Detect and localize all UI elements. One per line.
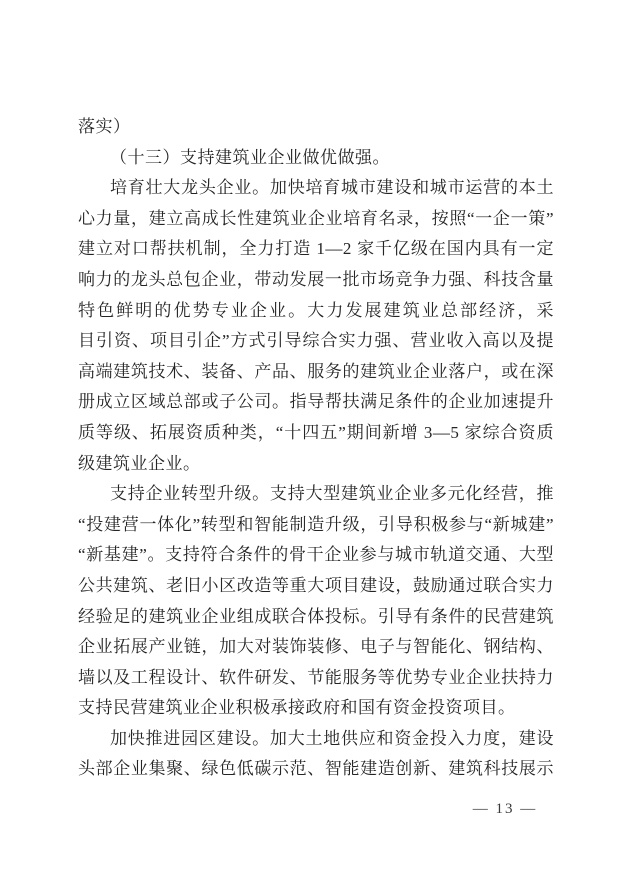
text-line: 特色鲜明的优势专业企业。大力发展建筑业总部经济，采取“项 [78, 296, 554, 327]
text-line: “新基建”。支持符合条件的骨干企业参与城市轨道交通、大型 [78, 540, 554, 571]
text-line: 目引资、项目引企”方式引导综合实力强、营业收入高以及提供 [78, 326, 554, 357]
text-line: 墙以及工程设计、软件研发、节能服务等优势专业企业扶持力度， [78, 663, 554, 694]
text-line: “投建营一体化”转型和智能制造升级，引导积极参与“新城建” [78, 510, 554, 541]
text-line: 册成立区域总部或子公司。指导帮扶满足条件的企业加速提升资 [78, 387, 554, 418]
text-line: 加快推进园区建设。加大土地供应和资金投入力度，建设集 [78, 724, 554, 755]
text-line: 级建筑业企业。 [78, 449, 554, 480]
text-line: 支持企业转型升级。支持大型建筑业企业多元化经营，推动 [78, 479, 554, 510]
text-line: 质等级、拓展资质种类，“十四五”期间新增 3—5 家综合资质等 [78, 418, 554, 449]
text-line: 高端建筑技术、装备、产品、服务的建筑业企业落户，或在深注 [78, 357, 554, 388]
document-page: 落实）（十三）支持建筑业企业做优做强。培育壮大龙头企业。加快培育城市建设和城市运… [0, 0, 630, 891]
text-line: 建立对口帮扶机制，全力打造 1—2 家千亿级在国内具有一定影 [78, 234, 554, 265]
page-number: — 13 — [450, 797, 560, 821]
text-line: 响力的龙头总包企业，带动发展一批市场竞争力强、科技含量高、 [78, 265, 554, 296]
text-line: 经验足的建筑业企业组成联合体投标。引导有条件的民营建筑业 [78, 602, 554, 633]
text-line: 头部企业集聚、绿色低碳示范、智能建造创新、建筑科技展示于 [78, 754, 554, 785]
text-line: 落实） [78, 112, 554, 143]
text-line: 公共建筑、老旧小区改造等重大项目建设，鼓励通过联合实力强、 [78, 571, 554, 602]
text-line: 心力量，建立高成长性建筑业企业培育名录，按照“一企一策” [78, 204, 554, 235]
text-line: （十三）支持建筑业企业做优做强。 [78, 143, 554, 174]
text-line: 企业拓展产业链，加大对装饰装修、电子与智能化、钢结构、幕 [78, 632, 554, 663]
text-line: 培育壮大龙头企业。加快培育城市建设和城市运营的本土核 [78, 173, 554, 204]
text-line: 支持民营建筑业企业积极承接政府和国有资金投资项目。 [78, 693, 554, 724]
document-body: 落实）（十三）支持建筑业企业做优做强。培育壮大龙头企业。加快培育城市建设和城市运… [78, 112, 554, 785]
